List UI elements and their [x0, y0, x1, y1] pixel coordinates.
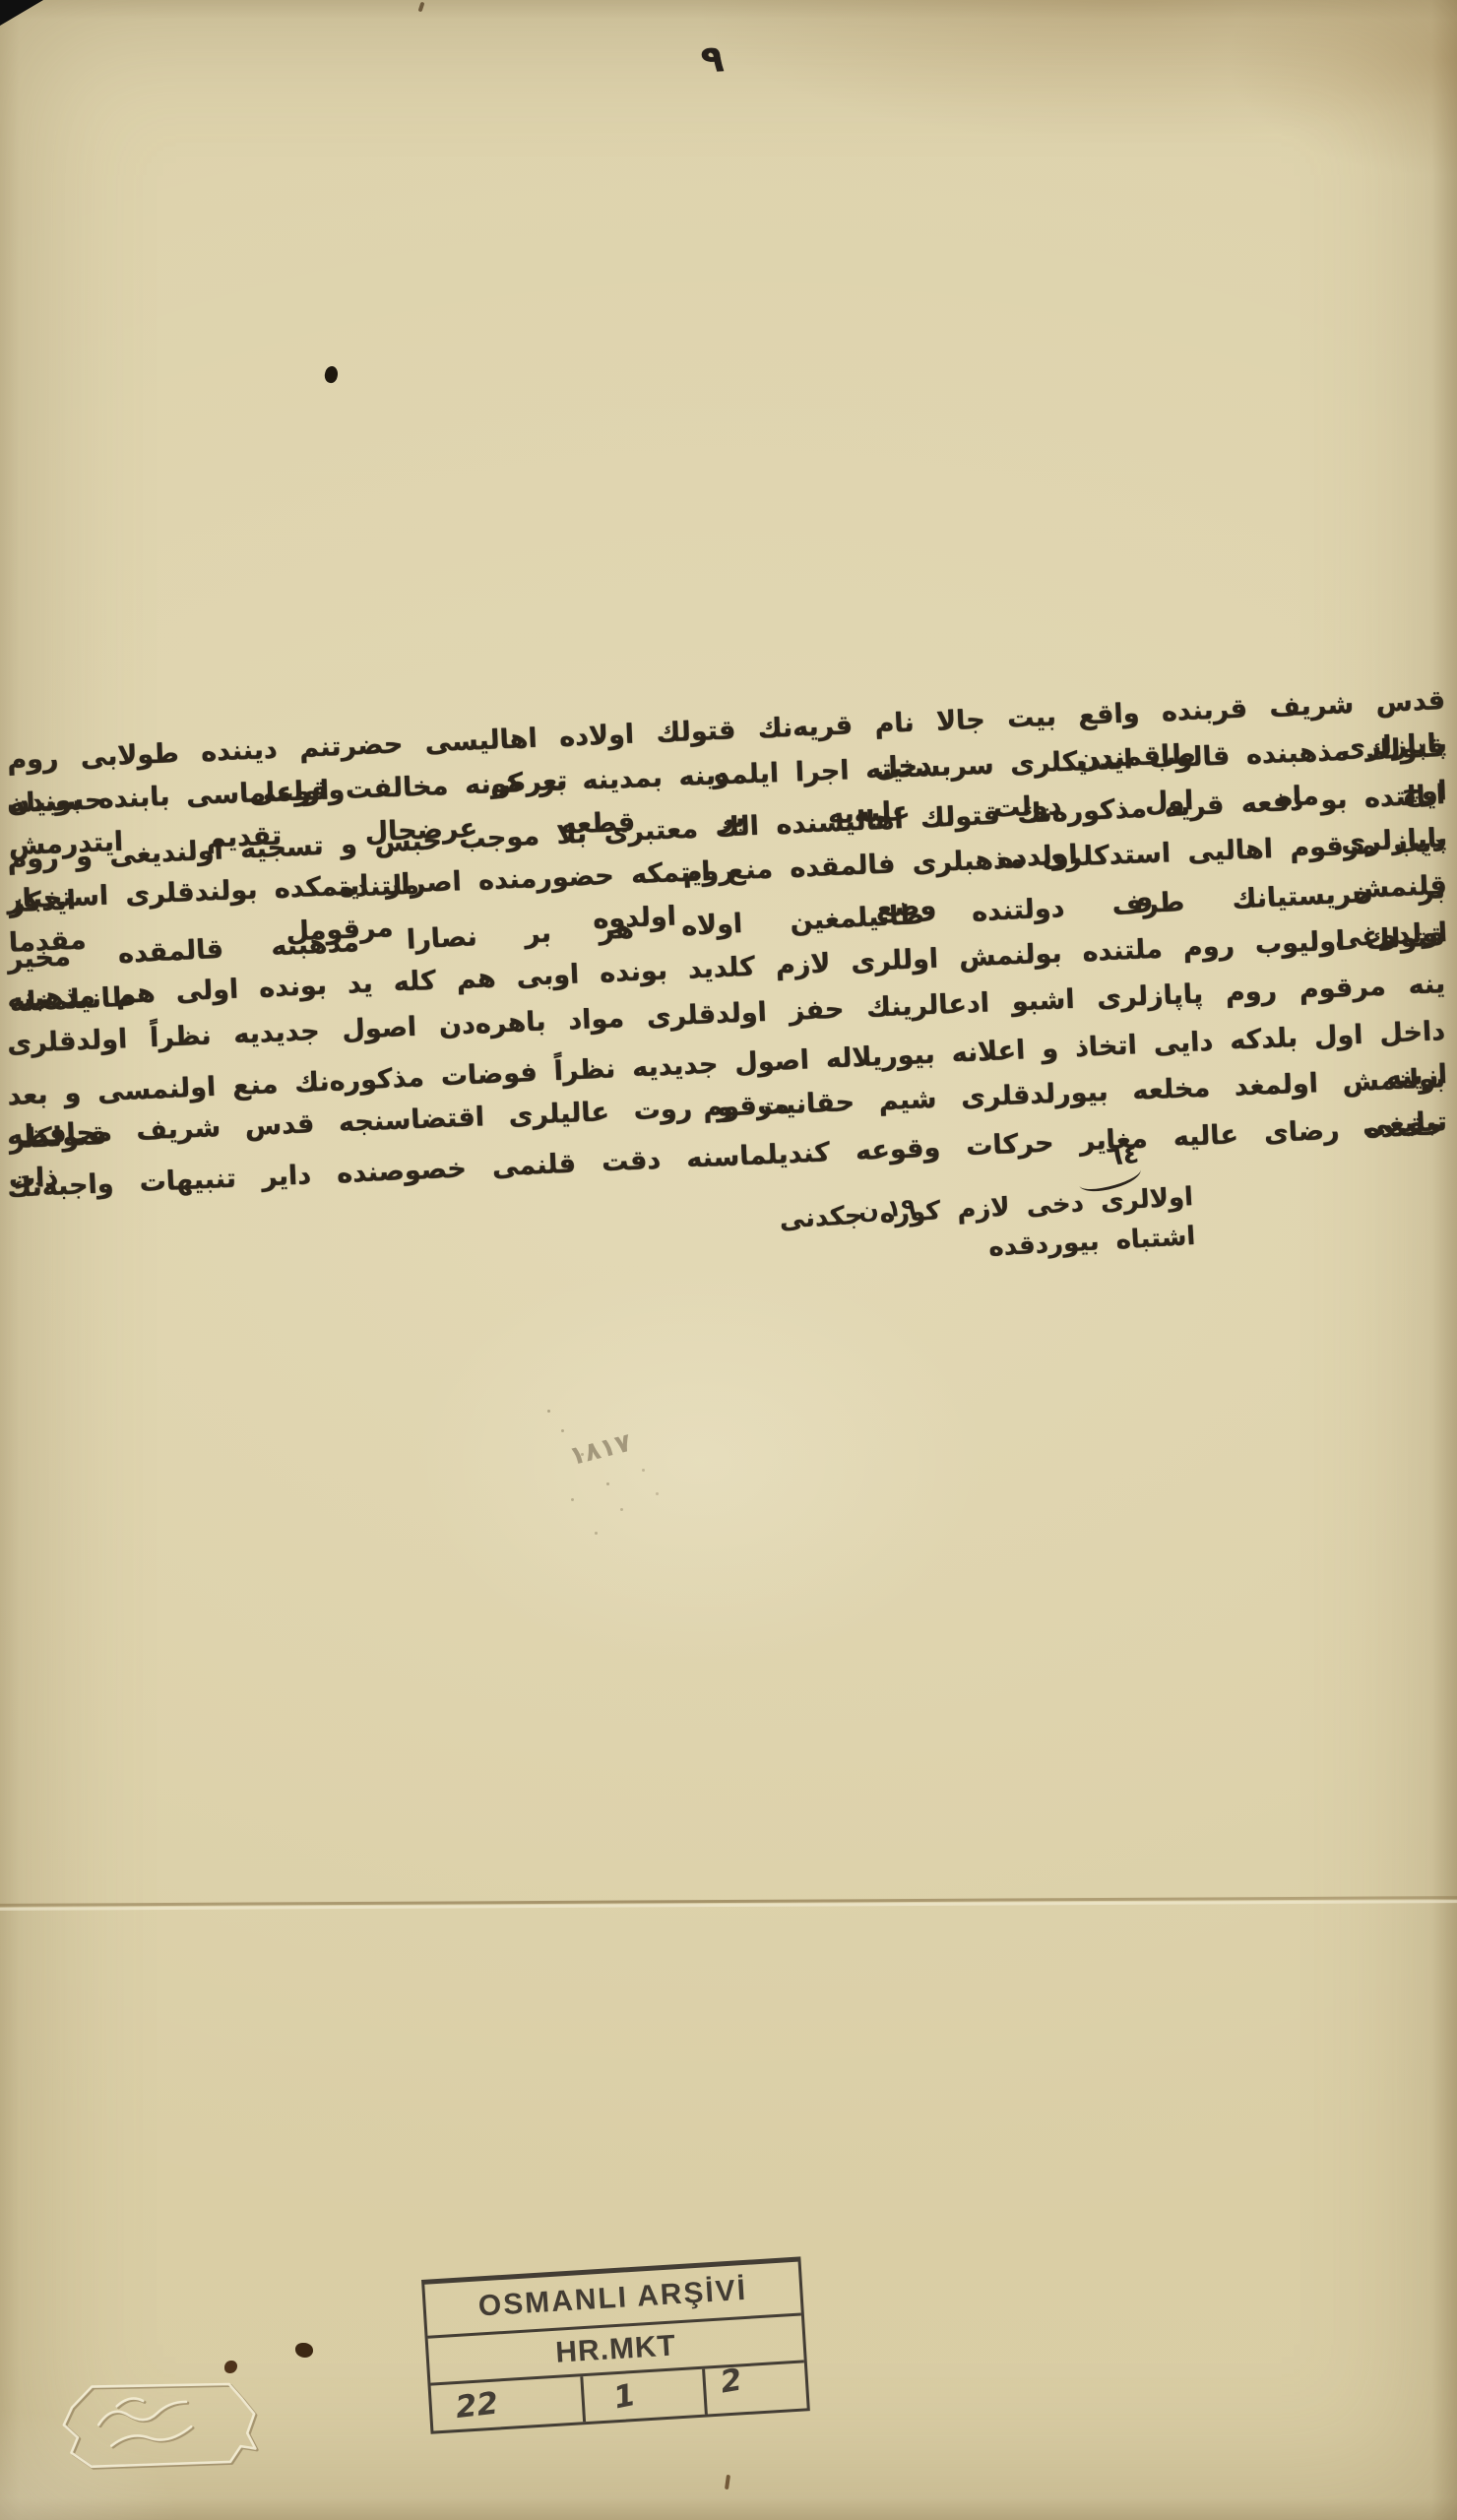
stamp-gomlek-number: 1 [610, 2377, 638, 2417]
archive-stamp: OSMANLI ARŞİVİ HR.MKT 22 1 2 [421, 2256, 810, 2433]
stamp-cell-sira: 2 [702, 2362, 807, 2414]
archival-document-scan: { "page": { "number": "٩" }, "manuscript… [0, 0, 1457, 2520]
scan-corner-shadow [0, 0, 43, 26]
ink-spot [295, 2343, 313, 2358]
stamp-cell-gomlek: 1 [580, 2369, 705, 2422]
page-number: ٩ [699, 36, 725, 82]
date-year-mark: ٦٤ [1075, 1139, 1143, 1192]
edge-ink-tick [418, 2, 425, 13]
pencil-ghost-numerals: ١٨١٧ [566, 1428, 634, 1472]
stamp-dosya-number: 22 [454, 2385, 500, 2425]
stamp-sira-number: 2 [718, 2362, 744, 2401]
ink-speck [725, 2475, 730, 2489]
stamp-cell-dosya: 22 [431, 2376, 583, 2430]
pencil-ghost-dots [547, 1410, 550, 1413]
ink-dot [323, 365, 340, 385]
date-day-mark: ١٩ ن [857, 1193, 917, 1225]
